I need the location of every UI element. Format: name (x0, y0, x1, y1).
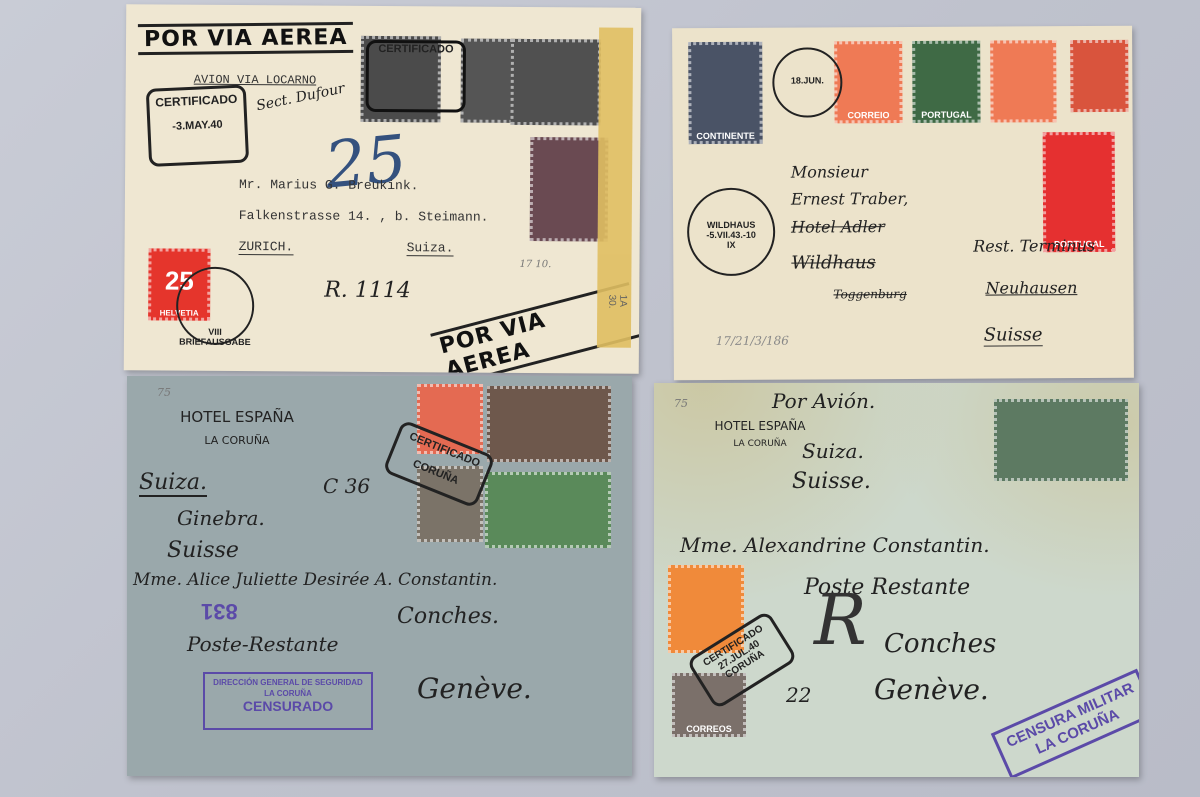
registration-mark: R (814, 579, 867, 661)
military-censor-stamp: CENSURA MILITAR LA CORUÑA (991, 669, 1139, 777)
registered-postmark: CERTIFICADO -3.MAY.40 (146, 84, 249, 166)
censor-tape: 1A 30. (597, 28, 633, 348)
censor-stamp: DIRECCIÓN GENERAL DE SEGURIDAD LA CORUÑA… (203, 672, 373, 730)
address-line-3-struck: Hotel Adler (791, 217, 885, 236)
envelope-hotel-espana-2: 75 Por Avión. HOTEL ESPAÑA LA CORUÑA Sui… (654, 383, 1139, 777)
destination-city: Ginebra. (177, 506, 265, 530)
registration-mark: R. 1114 (324, 278, 411, 304)
pencil-note: 17/21/3/186 (716, 334, 789, 348)
censor-line-2: LA CORUÑA (205, 689, 371, 698)
stamp-portugal-1escudo: PORTUGAL (1043, 132, 1116, 252)
recipient-city: Genève. (417, 672, 532, 705)
recipient-town: Conches. (397, 604, 499, 629)
pencil-price: 75 (674, 397, 688, 410)
hotel-name: HOTEL ESPAÑA (167, 408, 307, 426)
stamp-country: PORTUGAL (921, 110, 972, 120)
address-line-2: Ernest Traber, (791, 189, 908, 209)
certificado-overprint: CERTIFICADO (366, 40, 467, 113)
pencil-note: 17 10. (519, 259, 551, 270)
address-line-1: Monsieur (791, 162, 868, 181)
address-line-5-struck: Toggenburg (833, 287, 906, 301)
stamp-franco-3 (510, 39, 601, 126)
forwarding-line-2: Neuhausen (985, 278, 1077, 297)
stamp-label: CORREOS (686, 724, 732, 734)
stamp-portugal-caravel (1070, 40, 1128, 112)
wildhaus-postmark: WILDHAUS -5.VII.43.-10 IX (687, 188, 775, 276)
stamp-portugal-monument: CONTINENTE (688, 42, 763, 144)
stamp-espana-green (994, 399, 1128, 481)
address-line-2: Falkenstrasse 14. , b. Steimann. (239, 208, 489, 225)
registered-label: CERTIFICADO (149, 92, 244, 110)
stamp-label: CORREIO (847, 110, 889, 120)
recipient-town: Conches (884, 629, 996, 659)
stamp-franco-purple (530, 137, 609, 242)
stamp-espana-green (485, 472, 611, 548)
air-mail-stamp: POR VIA AEREA (138, 22, 354, 55)
censor-line-3: CENSURADO (205, 698, 371, 714)
address-country: Suiza. (407, 240, 454, 256)
poste-restante: Poste-Restante (187, 632, 338, 656)
stamp-portugal-red-1: CORREIO (834, 41, 902, 123)
tape-text: 1A 30. (606, 295, 628, 323)
envelope-zurich: POR VIA AEREA AVION VIA LOCARNO CERTIFIC… (124, 4, 642, 374)
recipient-city: Genève. (874, 673, 989, 706)
pencil-price: 75 (157, 386, 171, 399)
stamp-label: CONTINENTE (696, 131, 755, 141)
postmark-date: -3.MAY.40 (150, 118, 244, 134)
address-line-1: Mr. Marius G. Breukink. (239, 177, 419, 193)
destination-country-fr: Suisse. (792, 469, 871, 494)
stamp-portugal-green: PORTUGAL (912, 41, 980, 123)
forwarding-line-1: Rest. Terminus (973, 236, 1095, 256)
censor-line-1: DIRECCIÓN GENERAL DE SEGURIDAD (205, 678, 371, 687)
recipient-name: Mme. Alice Juliette Desirée A. Constanti… (133, 570, 497, 590)
postmark-code: IX (689, 240, 773, 250)
hotel-letterhead: HOTEL ESPAÑA LA CORUÑA (167, 408, 307, 447)
handwritten-number: C 36 (323, 474, 370, 498)
air-mail-note: Por Avión. (772, 389, 875, 413)
zurich-postmark: VIII BRIEFAUSGABE (176, 267, 255, 346)
postmark-date: -5.VII.43.-10 (689, 230, 773, 240)
address-line-4-struck: Wildhaus (791, 252, 875, 273)
address-city: ZURICH. (239, 239, 294, 255)
postmark-text: VIII BRIEFAUSGABE (179, 327, 251, 347)
registered-label: CERTIFICADO (369, 43, 463, 56)
forwarding-country: Suisse (984, 324, 1043, 346)
envelope-wildhaus: CONTINENTE CORREIO PORTUGAL PORTUGAL 18.… (672, 26, 1134, 380)
recipient-name: Mme. Alexandrine Constantin. (680, 533, 990, 557)
destination-country: Suiza. (139, 470, 207, 497)
destination-country-fr: Suisse (167, 538, 239, 563)
destination-country: Suiza. (802, 439, 864, 463)
postmark-town: WILDHAUS (689, 220, 773, 230)
hotel-city: LA CORUÑA (167, 434, 307, 447)
envelope-hotel-espana-1: 75 HOTEL ESPAÑA LA CORUÑA CERTIFICADO CO… (127, 376, 632, 776)
stamp-portugal-red-2 (990, 40, 1056, 122)
postmark-date: 18.JUN. (791, 75, 824, 85)
censor-number: 831 (201, 598, 238, 624)
hotel-name: HOTEL ESPAÑA (700, 419, 820, 433)
portugal-postmark: 18.JUN. (772, 47, 842, 117)
street-number: 22 (786, 683, 811, 707)
stamp-espana-brown (487, 386, 611, 462)
